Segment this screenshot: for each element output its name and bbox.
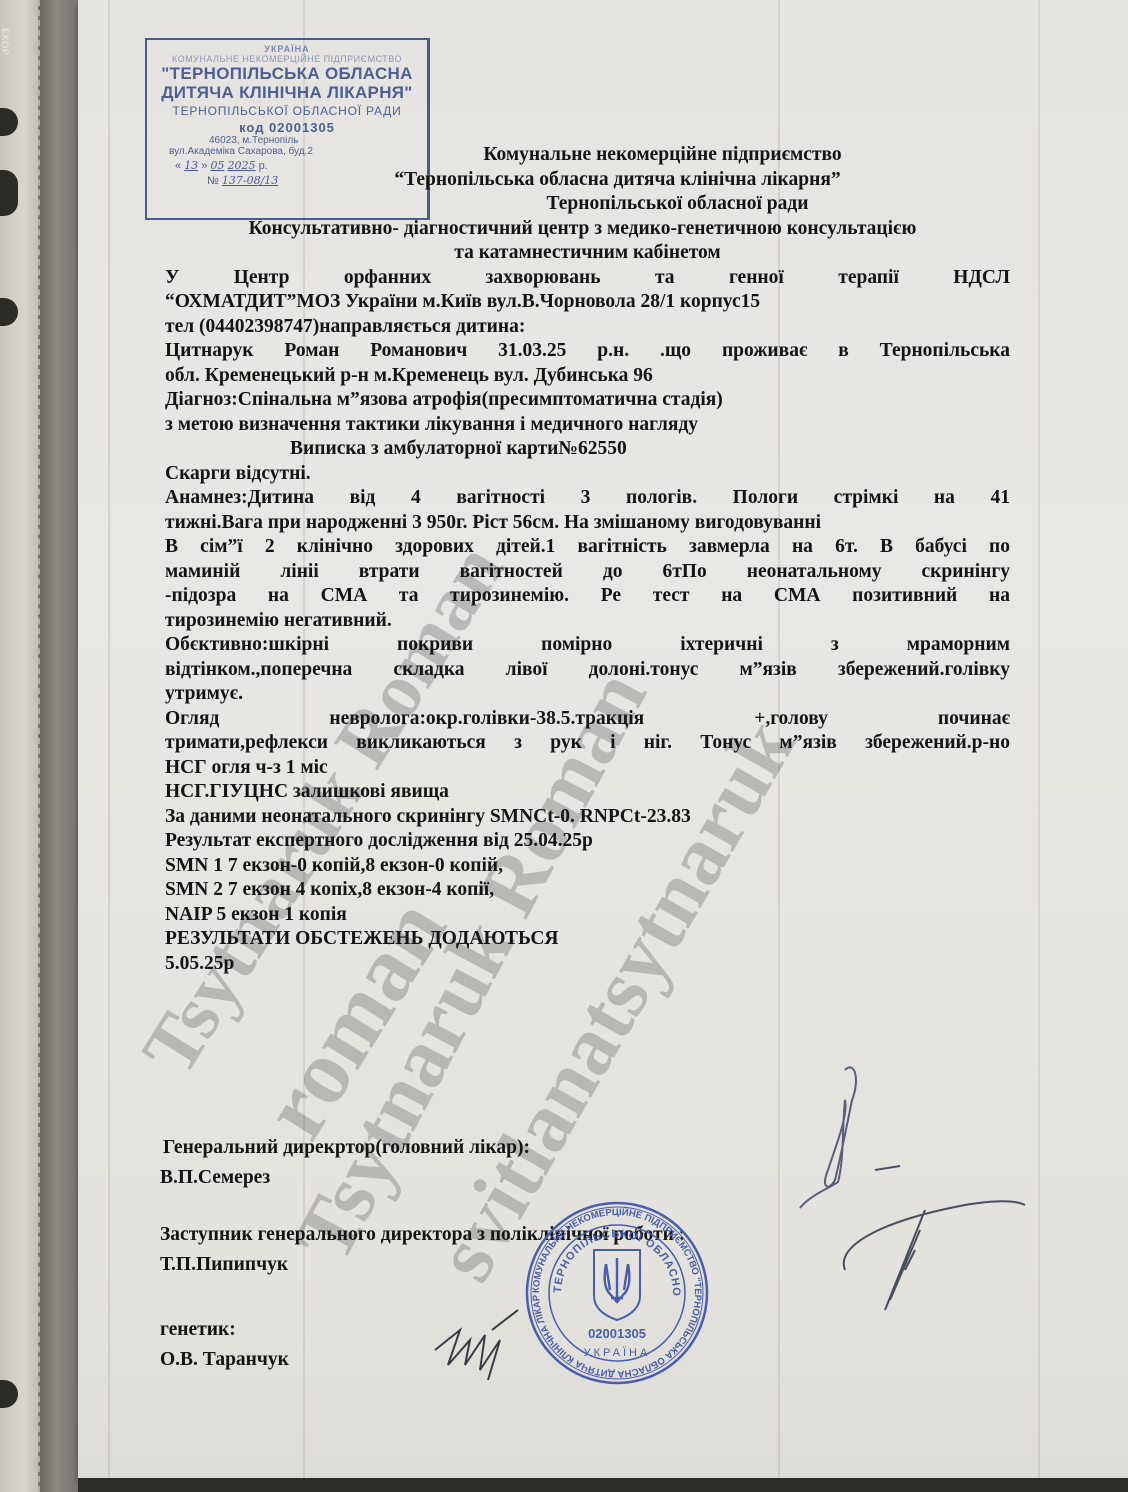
addressee-line-2: “ОХМАТДИТ”МОЗ України м.Київ вул.В.Чорно… xyxy=(165,290,1010,315)
geneticist-name: О.В. Таранчук xyxy=(160,1345,289,1375)
neurology-line-1: Огляд невролога:окр.голівки-38.5.тракція… xyxy=(165,707,1010,732)
header-line-3: Тернопільської обласної ради xyxy=(165,192,1010,217)
deputy-signature-icon xyxy=(845,1150,1045,1310)
stamp-country: УКРАЇНА xyxy=(147,44,427,54)
naip-result: NAIP 5 екзон 1 копія xyxy=(165,903,1010,928)
addressee-line-1: У Центр орфанних захворювань та генної т… xyxy=(165,266,1010,291)
anamnesis-line-3: В сім”ї 2 клінічно здорових дітей.1 вагі… xyxy=(165,535,1010,560)
anamnesis-line-6: тирозинемію негативний. xyxy=(165,609,1010,634)
director-title: Генеральний дирекртор(головний лікар): xyxy=(160,1133,530,1163)
nsg-result: НСГ.ГІУЦНС залишкові явища xyxy=(165,780,1010,805)
neurology-line-3: НСГ огля ч-з 1 міс xyxy=(165,756,1010,781)
smn2-result: SMN 2 7 екзон 4 копіх,8 екзон-4 копії, xyxy=(165,878,1010,903)
stamp-org-name-1: "ТЕРНОПІЛЬСЬКА ОБЛАСНА xyxy=(147,64,427,83)
referral-letter: Комунальне некомерційне підприємство “Те… xyxy=(165,143,1010,976)
purpose: з метою визначення тактики лікування і м… xyxy=(165,413,1010,438)
director-name: В.П.Семерез xyxy=(160,1163,530,1193)
anamnesis-line-5: -підозра на СМА та тирозинемію. Ре тест … xyxy=(165,584,1010,609)
header-line-4: Консультативно- діагностичний центр з ме… xyxy=(155,217,1010,242)
director-signature-block: Генеральний дирекртор(головний лікар): В… xyxy=(160,1133,530,1193)
punch-hole xyxy=(0,170,18,216)
punch-hole xyxy=(0,1380,18,1408)
addressee-line-3: тел (04402398747)направляється дитина: xyxy=(165,315,1010,340)
official-round-stamp: КОМУНАЛЬНЕ НЕКОМЕРЦІЙНЕ ПІДПРИЄМСТВО "ТЕ… xyxy=(522,1198,712,1388)
objective-line-3: утримує. xyxy=(165,682,1010,707)
trident-coat-of-arms-icon xyxy=(594,1250,640,1320)
binder-strip xyxy=(38,0,80,1492)
geneticist-signature-icon xyxy=(430,1310,530,1390)
complaints: Скарги відсутні. xyxy=(165,462,1010,487)
stamp-org-type: КОМУНАЛЬНЕ НЕКОМЕРЦІЙНЕ ПІДПРИЄМСТВО xyxy=(147,54,427,64)
header-line-1: Комунальне некомерційне підприємство xyxy=(165,143,1010,168)
objective-line-2: відтінком.,поперечна складка лівої долон… xyxy=(165,658,1010,683)
punch-hole xyxy=(0,298,18,326)
background-surface xyxy=(78,1478,1128,1492)
geneticist-signature-block: генетик: О.В. Таранчук xyxy=(160,1315,289,1375)
results-attached: РЕЗУЛЬТАТИ ОБСТЕЖЕНЬ ДОДАЮТЬСЯ xyxy=(165,927,1010,952)
svg-text:02001305: 02001305 xyxy=(588,1326,646,1341)
extract-title: Виписка з амбулаторної карти№62550 xyxy=(165,437,1010,462)
patient-line-1: Цитнарук Роман Романович 31.03.25 р.н. .… xyxy=(165,339,1010,364)
stamp-council: ТЕРНОПІЛЬСЬКОЇ ОБЛАСНОЇ РАДИ xyxy=(147,104,427,118)
anamnesis-line-1: Анамнез:Дитина від 4 вагітності 3 пологі… xyxy=(165,486,1010,511)
smn1-result: SMN 1 7 екзон-0 копій,8 екзон-0 копій, xyxy=(165,854,1010,879)
sleeve-label: ЕКОР xyxy=(0,28,10,56)
screening-result: За даними неонатального скринінгу SMNCt-… xyxy=(165,805,1010,830)
neurology-line-2: тримати,рефлекси викликаються з рук і ні… xyxy=(165,731,1010,756)
document-date: 5.05.25р xyxy=(165,952,1010,977)
geneticist-title: генетик: xyxy=(160,1315,289,1345)
expert-result-title: Результат експертного дослідження від 25… xyxy=(165,829,1010,854)
stamp-code: код 02001305 xyxy=(147,120,427,135)
objective-line-1: Обєктивно:шкірні покриви помірно іхтерич… xyxy=(165,633,1010,658)
punch-hole xyxy=(0,108,18,136)
header-line-2: “Тернопільська обласна дитяча клінічна л… xyxy=(165,168,1010,193)
anamnesis-line-4: маминій лініі втрати вагітностей до 6тПо… xyxy=(165,560,1010,585)
diagnosis: Діагноз:Спінальна м”язова атрофія(пресим… xyxy=(165,388,1010,413)
anamnesis-line-2: тижні.Вага при народженні 3 950г. Ріст 5… xyxy=(165,511,1010,536)
svg-text:УКРАЇНА: УКРАЇНА xyxy=(584,1347,651,1359)
header-line-5: та катамнестичним кабінетом xyxy=(165,241,1010,266)
patient-line-2: обл. Кременецький р-н м.Кременець вул. Д… xyxy=(165,364,1010,389)
sheet-protector-edge: ЕКОР xyxy=(0,0,40,1492)
stamp-org-name-2: ДИТЯЧА КЛІНІЧНА ЛІКАРНЯ" xyxy=(147,83,427,102)
